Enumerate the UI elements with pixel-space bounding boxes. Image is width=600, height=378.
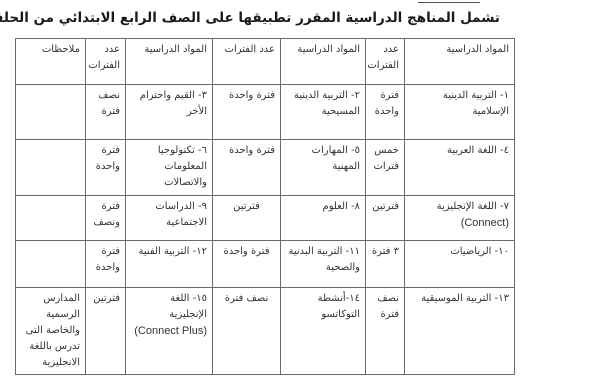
- page-title: تشمل المناهج الدراسية المقرر تطبيقها على…: [55, 10, 500, 26]
- subject-cell: ٣- القيم واحترام الأخر: [126, 85, 213, 140]
- subject-cell: ٨- العلوم: [281, 196, 366, 241]
- subject-cell: ١٠- الرياضيات: [405, 241, 515, 288]
- periods-cell: نصف فترة: [213, 288, 281, 375]
- subject-label-latin: (Connect Plus): [134, 323, 207, 339]
- subject-cell: ١٢- التربية الفنية: [126, 241, 213, 288]
- header-periods-3: عدد الفترات: [86, 39, 126, 85]
- header-periods-1: عدد الفترات: [366, 39, 405, 85]
- table-row: ١٣- التربية الموسيقية نصف فترة ١٤-أنشطة …: [16, 288, 515, 375]
- table-row: ١- التربية الدينية الإسلامية فترة واحدة …: [16, 85, 515, 140]
- subject-cell: ١- التربية الدينية الإسلامية: [405, 85, 515, 140]
- notes-cell: المدارس الرسمية والخاصة التى تدرس باللغة…: [16, 288, 86, 375]
- table-row: ٧- اللغة الإنجليزية (Connect) فترتين ٨- …: [16, 196, 515, 241]
- periods-cell: فترتين: [213, 196, 281, 241]
- header-subjects-1: المواد الدراسية: [405, 39, 515, 85]
- periods-cell: فترة واحدة: [213, 140, 281, 196]
- subject-cell: ٢- التربية الدينية المسيحية: [281, 85, 366, 140]
- periods-cell: خمس فترات: [366, 140, 405, 196]
- notes-cell: [16, 196, 86, 241]
- header-periods-2: عدد الفترات: [213, 39, 281, 85]
- periods-cell: فترتين: [366, 196, 405, 241]
- notes-cell: [16, 241, 86, 288]
- subject-cell: ٥- المهارات المهنية: [281, 140, 366, 196]
- subject-cell: ١٤-أنشطة التوكاتسو: [281, 288, 366, 375]
- table-row: ٤- اللغة العربية خمس فترات ٥- المهارات ا…: [16, 140, 515, 196]
- periods-cell: فترة واحدة: [366, 85, 405, 140]
- periods-cell: فترة واحدة: [213, 85, 281, 140]
- subject-cell: ١١- التربية البدنية والصحية: [281, 241, 366, 288]
- periods-cell: فترة واحدة: [213, 241, 281, 288]
- subject-cell: ٤- اللغة العربية: [405, 140, 515, 196]
- periods-cell: فترة واحدة: [86, 140, 126, 196]
- periods-cell: فترتين: [86, 288, 126, 375]
- subject-cell: ١٥- اللغة الإنجليزية (Connect Plus): [126, 288, 213, 375]
- subject-label: ٧- اللغة الإنجليزية: [437, 201, 509, 212]
- notes-cell: [16, 140, 86, 196]
- periods-cell: نصف فترة: [86, 85, 126, 140]
- periods-cell: نصف فترة: [366, 288, 405, 375]
- subject-cell: ٧- اللغة الإنجليزية (Connect): [405, 196, 515, 241]
- table-header-row: المواد الدراسية عدد الفترات المواد الدرا…: [16, 39, 515, 85]
- top-underline: [418, 2, 480, 3]
- header-notes: ملاحظات: [16, 39, 86, 85]
- notes-cell: [16, 85, 86, 140]
- curriculum-table: المواد الدراسية عدد الفترات المواد الدرا…: [15, 38, 515, 375]
- header-subjects-3: المواد الدراسية: [126, 39, 213, 85]
- header-subjects-2: المواد الدراسية: [281, 39, 366, 85]
- subject-cell: ٦- تكنولوجيا المعلومات والاتصالات: [126, 140, 213, 196]
- subject-label-latin: (Connect): [461, 215, 509, 231]
- subject-cell: ٩- الدراسات الاجتماعية: [126, 196, 213, 241]
- periods-cell: فترة واحدة: [86, 241, 126, 288]
- subject-label: ١٥- اللغة الإنجليزية: [169, 293, 207, 320]
- periods-cell: ٣ فترة: [366, 241, 405, 288]
- periods-cell: فترة ونصف: [86, 196, 126, 241]
- table-row: ١٠- الرياضيات ٣ فترة ١١- التربية البدنية…: [16, 241, 515, 288]
- subject-cell: ١٣- التربية الموسيقية: [405, 288, 515, 375]
